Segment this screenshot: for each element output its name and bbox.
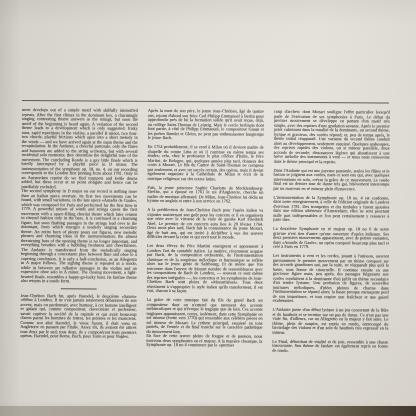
column-french-notes-1: Après la mort de son père, le jeune Jean… xyxy=(146,109,264,353)
text-paragraph: Le Final, débordant de vitalité et de jo… xyxy=(272,339,388,353)
text-paragraph: En face de cette œuvre pleine de fougue … xyxy=(146,334,262,348)
section-divider-rule xyxy=(61,288,97,289)
text-paragraph: Jean-Chrétien Bach fut, après Haendel, l… xyxy=(20,293,136,339)
text-paragraph: Après la mort de son père, le jeune Jean… xyxy=(148,109,264,141)
photographed-liner-notes-page: ment develops out of a simple motif with… xyxy=(0,0,416,416)
text-paragraph: A la prédilection de Jean-Chrétien Bach … xyxy=(147,208,263,240)
text-paragraph: La grâce de cette musique fait du fils d… xyxy=(146,298,262,335)
top-rule xyxy=(22,100,389,104)
column-french-notes-2: coup d'archet» dont Mozart souligne l'ef… xyxy=(272,110,390,354)
text-paragraph: Dans l'Andante qui est une joyeuse pasto… xyxy=(273,168,389,191)
text-paragraph: La deuxième Symphonie en ré majeur op. 1… xyxy=(273,227,389,250)
text-paragraph: Les deux élèves du Père Martini enseigne… xyxy=(147,244,263,294)
text-paragraph: coup d'archet» dont Mozart souligne l'ef… xyxy=(274,110,390,165)
text-paragraph: Les instruments à vent et les cordes, jo… xyxy=(273,254,389,304)
text-paragraph: L'Andante passe d'un début lyrique à un … xyxy=(272,308,388,336)
text-paragraph: En 1754 probablement, il se rend à Milan… xyxy=(147,145,263,182)
text-paragraph: ment develops out of a simple motif with… xyxy=(21,108,138,190)
text-paragraph: The second symphony in D major on our re… xyxy=(21,189,138,284)
text-paragraph: L'instrumentation de la Symphonie op. 18… xyxy=(273,195,389,223)
liner-notes-content: ment develops out of a simple motif with… xyxy=(20,100,390,354)
text-paragraph: Puis, la jeune princesse Sophie Charlott… xyxy=(147,185,263,204)
page-bottom-edge-shadow xyxy=(0,406,416,416)
text-columns: ment develops out of a simple motif with… xyxy=(20,108,390,354)
column-english-notes: ment develops out of a simple motif with… xyxy=(20,108,138,352)
